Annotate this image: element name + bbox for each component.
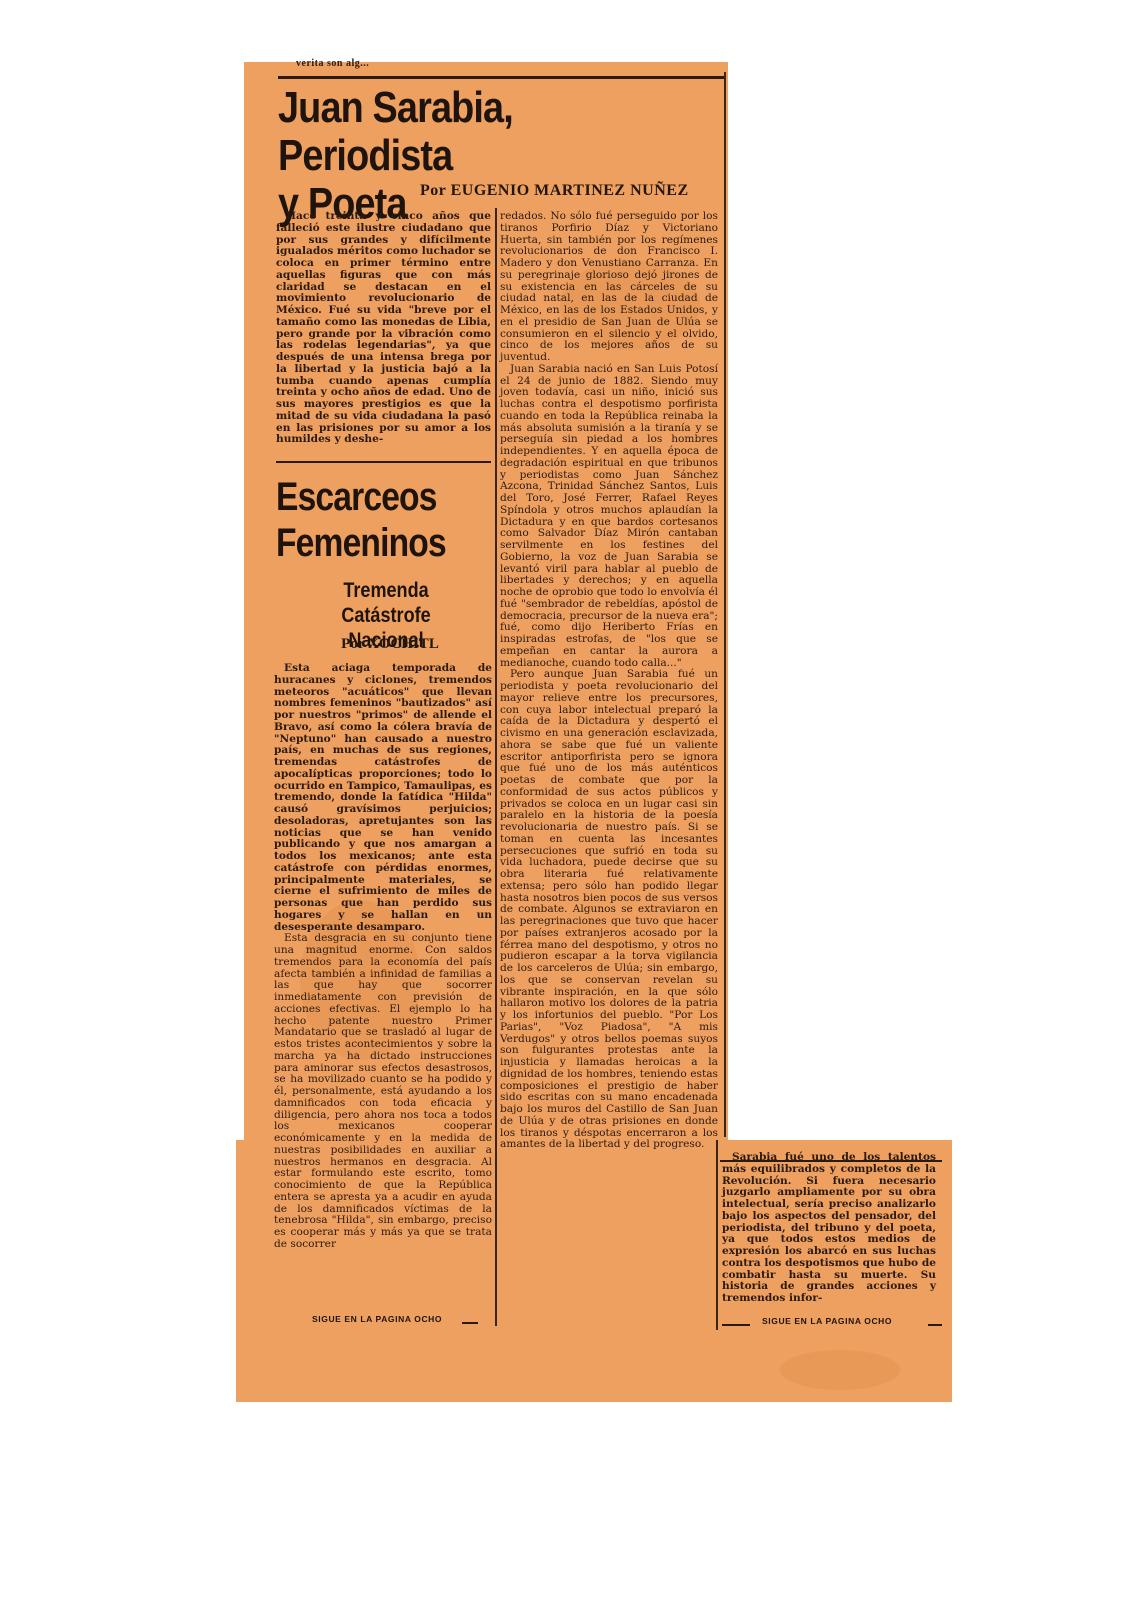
- dash-mark: [462, 1322, 478, 1324]
- column-body: Esta aciaga temporada de huracanes y cic…: [274, 663, 492, 1251]
- paragraph: Pero aunque Juan Sarabia fué un periodis…: [500, 669, 718, 1151]
- paragraph: Sarabia fué uno de los talentos más equi…: [722, 1152, 936, 1305]
- article-column-1: Hace treinta y cinco años que falleció e…: [276, 211, 491, 446]
- column-headline-line-1: Escarceos: [276, 474, 461, 520]
- dash-mark: [928, 1324, 942, 1326]
- column-headline: Escarceos Femeninos: [276, 474, 461, 566]
- article-byline: Por EUGENIO MARTINEZ NUÑEZ: [420, 182, 689, 200]
- column-headline-line-2: Femeninos: [276, 520, 461, 566]
- continued-notice: SIGUE EN LA PAGINA OCHO: [312, 1314, 442, 1324]
- article-headline: Juan Sarabia, Periodista y Poeta: [278, 84, 656, 228]
- paragraph: Esta desgracia en su conjunto tiene una …: [274, 933, 492, 1250]
- dash-mark: [722, 1324, 750, 1326]
- column-rule-right: [724, 72, 726, 1137]
- article-column-3: Sarabia fué uno de los talentos más equi…: [722, 1152, 936, 1305]
- paragraph: Juan Sarabia nació en San Luis Potosí el…: [500, 364, 718, 670]
- paragraph: Esta aciaga temporada de huracanes y cic…: [274, 663, 492, 933]
- column-rule-middle: [495, 208, 497, 1326]
- cut-off-text: verita son alg...: [296, 58, 369, 69]
- paragraph: redados. No sólo fué perseguido por los …: [500, 211, 718, 364]
- paragraph: Hace treinta y cinco años que falleció e…: [276, 211, 491, 446]
- headline-line-1: Juan Sarabia, Periodista: [278, 84, 656, 180]
- top-rule: [278, 76, 724, 79]
- column-rule-lower-right: [716, 1140, 718, 1330]
- column-byline: Por XOCHITL: [270, 636, 510, 653]
- continued-notice: SIGUE EN LA PAGINA OCHO: [762, 1316, 892, 1326]
- deck-line-1: Tremenda Catástrofe: [300, 578, 472, 628]
- section-rule: [276, 461, 491, 463]
- article-column-2: redados. No sólo fué perseguido por los …: [500, 211, 718, 1151]
